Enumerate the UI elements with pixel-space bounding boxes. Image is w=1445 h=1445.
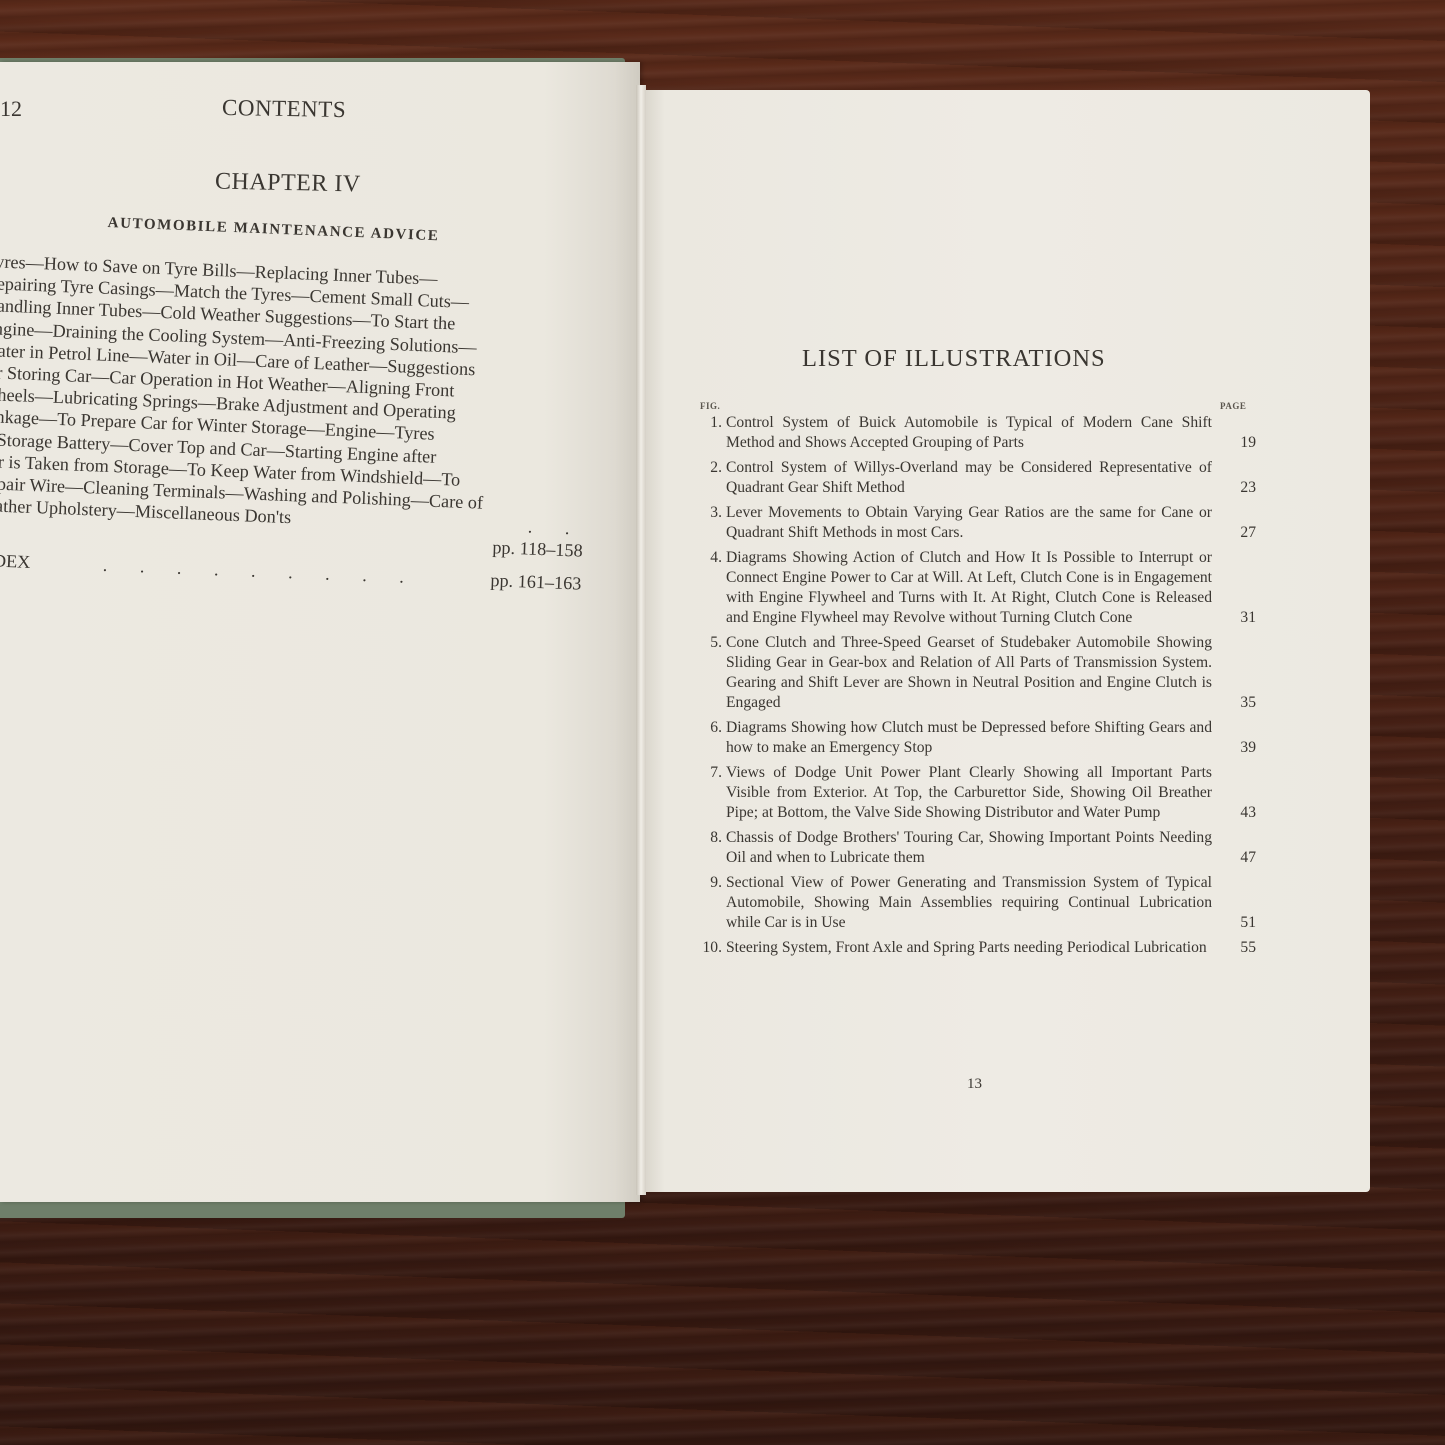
page-title: LIST OF ILLUSTRATIONS xyxy=(802,345,1106,373)
fig-caption: Steering System, Front Axle and Spring P… xyxy=(726,938,1212,958)
fig-page: 31 xyxy=(1212,608,1256,628)
fig-number: 7. xyxy=(696,763,726,823)
right-page-number: 13 xyxy=(967,1076,982,1093)
list-item: 8. Chassis of Dodge Brothers' Touring Ca… xyxy=(696,828,1256,868)
fig-caption: Control System of Willys-Overland may be… xyxy=(726,458,1212,498)
fig-number: 4. xyxy=(696,548,726,628)
chapter-summary: Tyres—How to Save on Tyre Bills—Replacin… xyxy=(0,250,594,594)
list-item: 2. Control System of Willys-Overland may… xyxy=(696,458,1256,498)
running-head: CONTENTS xyxy=(222,95,347,123)
fig-page: 55 xyxy=(1212,938,1256,958)
fig-caption: Views of Dodge Unit Power Plant Clearly … xyxy=(726,763,1212,823)
fig-page: 19 xyxy=(1212,433,1256,453)
list-item: 1. Control System of Buick Automobile is… xyxy=(696,413,1256,453)
list-item: 5. Cone Clutch and Three-Speed Gearset o… xyxy=(696,633,1256,713)
book-gutter xyxy=(636,85,646,1195)
list-item: 9. Sectional View of Power Generating an… xyxy=(696,873,1256,933)
fig-page: 47 xyxy=(1212,848,1256,868)
illustrations-list: 1. Control System of Buick Automobile is… xyxy=(696,413,1256,963)
list-item: 3. Lever Movements to Obtain Varying Gea… xyxy=(696,503,1256,543)
fig-caption: Sectional View of Power Generating and T… xyxy=(726,873,1212,933)
leader-dots: . . xyxy=(527,516,583,540)
chapter-heading: CHAPTER IV xyxy=(215,168,361,198)
fig-caption: Lever Movements to Obtain Varying Gear R… xyxy=(726,503,1212,543)
fig-number: 9. xyxy=(696,873,726,933)
list-item: 4. Diagrams Showing Action of Clutch and… xyxy=(696,548,1256,628)
list-item: 7. Views of Dodge Unit Power Plant Clear… xyxy=(696,763,1256,823)
fig-page: 43 xyxy=(1212,803,1256,823)
fig-number: 8. xyxy=(696,828,726,868)
fig-caption: Control System of Buick Automobile is Ty… xyxy=(726,413,1212,453)
fig-caption: Diagrams Showing Action of Clutch and Ho… xyxy=(726,548,1212,628)
fig-page: 51 xyxy=(1212,913,1256,933)
index-label: INDEX xyxy=(0,548,31,572)
fig-number: 3. xyxy=(696,503,726,543)
fig-caption: Chassis of Dodge Brothers' Touring Car, … xyxy=(726,828,1212,868)
fig-page: 39 xyxy=(1212,738,1256,758)
list-item: 6. Diagrams Showing how Clutch must be D… xyxy=(696,718,1256,758)
fig-number: 2. xyxy=(696,458,726,498)
fig-number: 5. xyxy=(696,633,726,713)
fig-number: 10. xyxy=(696,938,726,958)
fig-caption: Cone Clutch and Three-Speed Gearset of S… xyxy=(726,633,1212,713)
fig-caption: Diagrams Showing how Clutch must be Depr… xyxy=(726,718,1212,758)
page-column-header: PAGE xyxy=(1220,401,1246,411)
fig-column-header: FIG. xyxy=(700,401,720,411)
list-item: 10. Steering System, Front Axle and Spri… xyxy=(696,938,1256,958)
index-page-range: pp. 161–163 xyxy=(490,569,582,595)
left-page-number: 12 xyxy=(0,96,22,122)
fig-page: 23 xyxy=(1212,478,1256,498)
fig-page: 27 xyxy=(1212,523,1256,543)
fig-page: 35 xyxy=(1212,693,1256,713)
fig-number: 1. xyxy=(696,413,726,453)
fig-number: 6. xyxy=(696,718,726,758)
